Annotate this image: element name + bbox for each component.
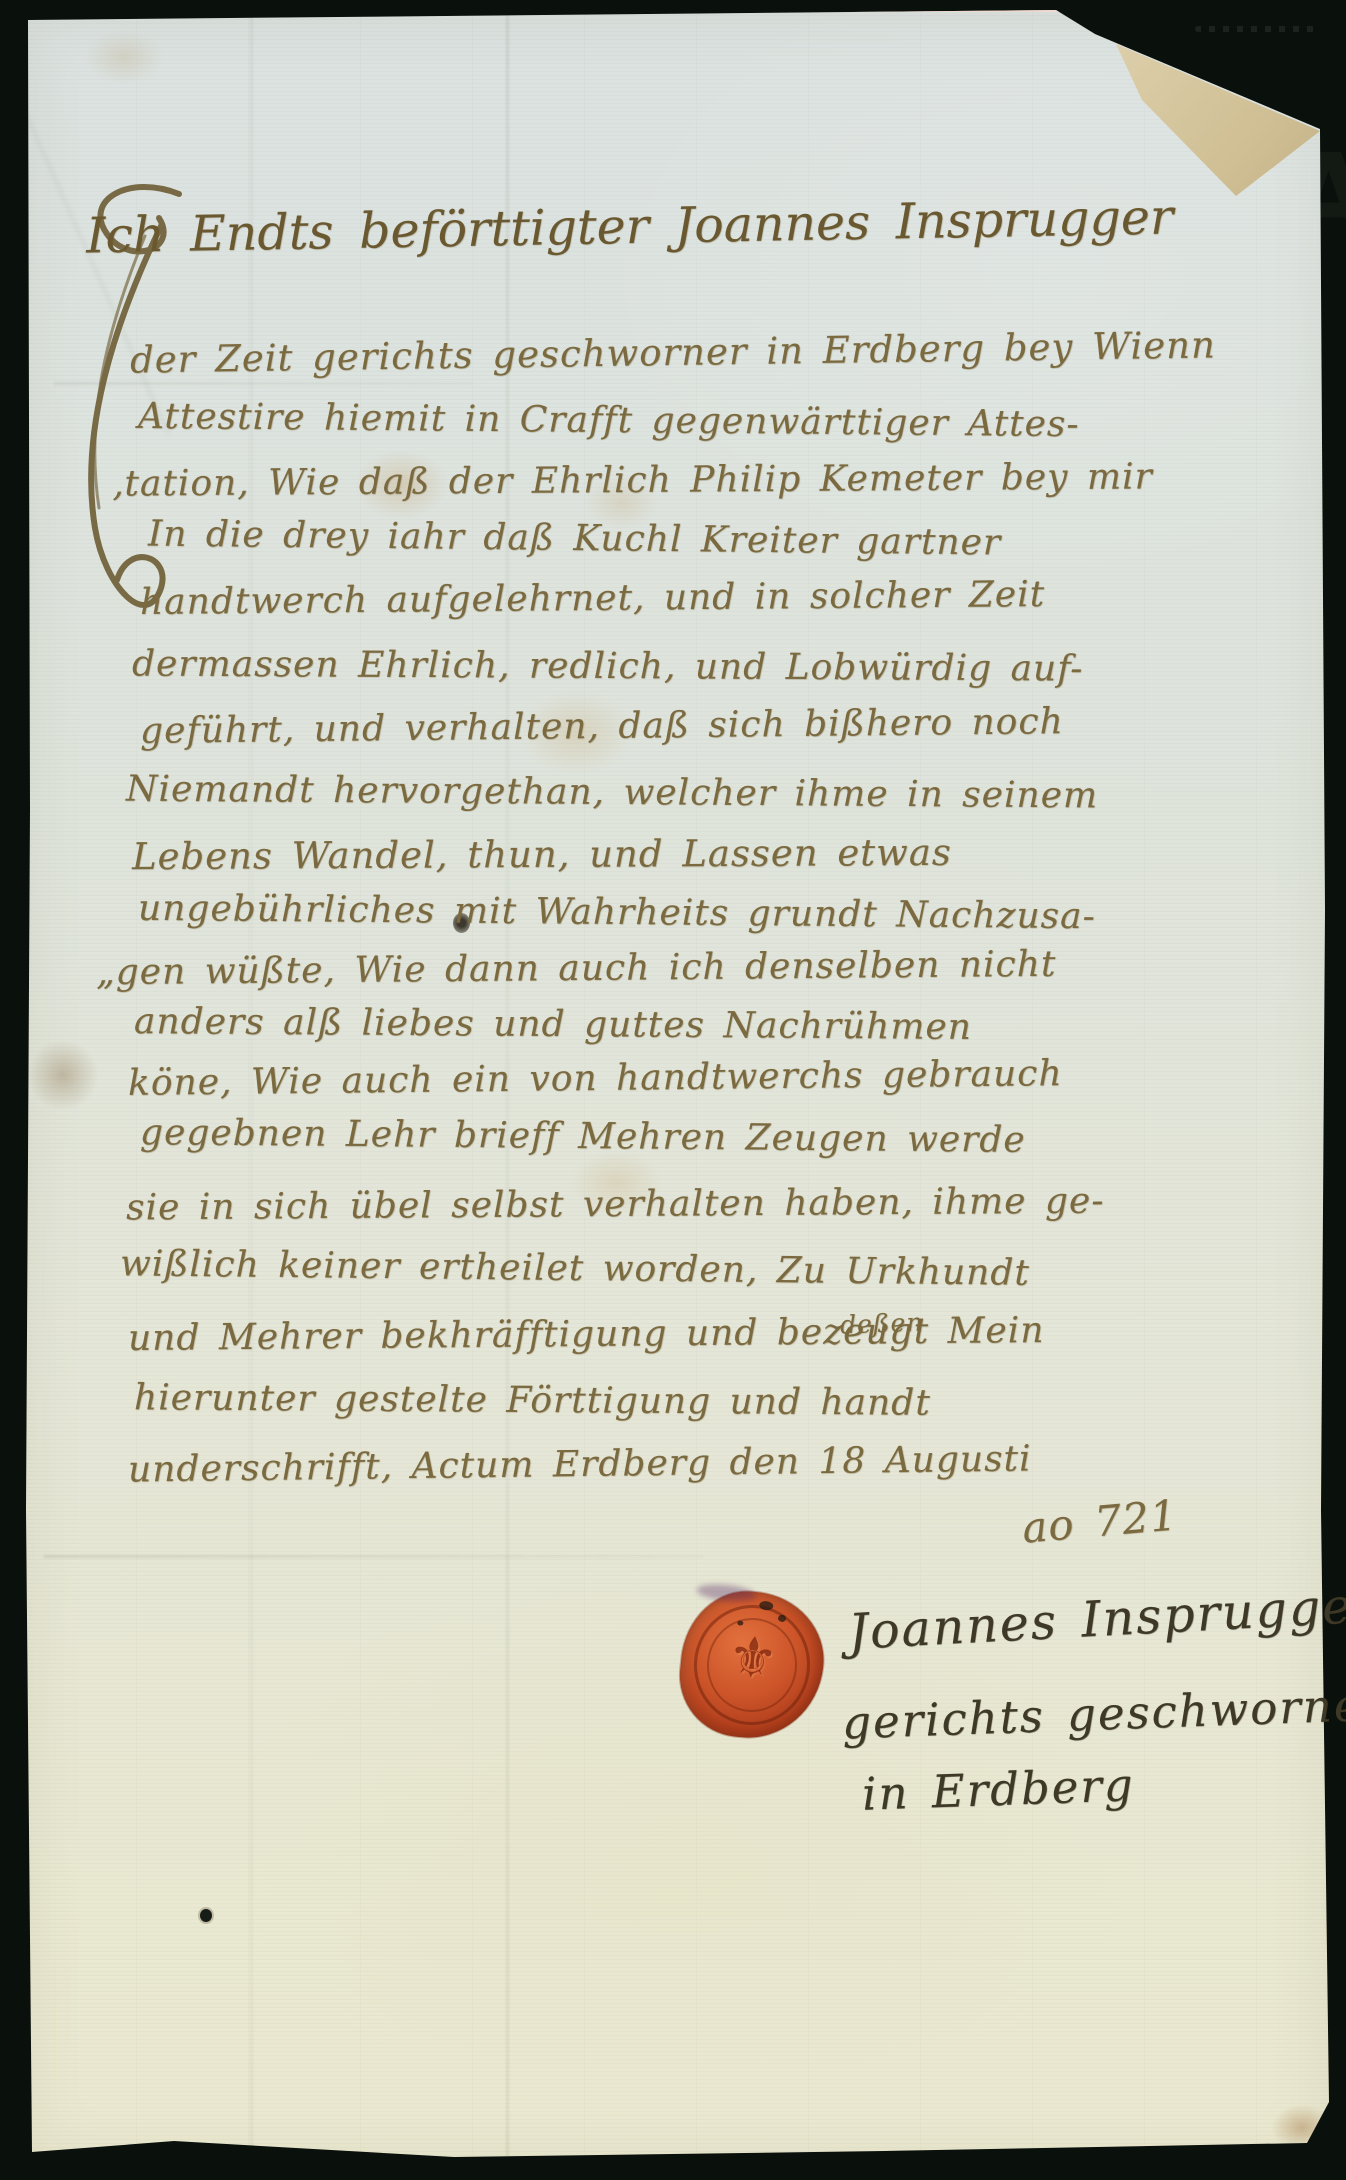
manuscript-line: ‚tation, Wie daß der Ehrlich Philip Keme… — [112, 454, 1153, 506]
manuscript-line: In die drey iahr daß Kuchl Kreiter gartn… — [148, 512, 1002, 566]
seal-speck — [737, 1620, 743, 1626]
manuscript-line: ungebührliches mit Wahrheits grundt Nach… — [138, 886, 1096, 939]
stain — [1272, 2105, 1332, 2150]
manuscript-line: handtwerch aufgelehrnet, und in solcher … — [140, 572, 1045, 625]
stain — [28, 1040, 98, 1110]
stain — [84, 30, 164, 85]
interlinear-insert: deßen — [839, 1307, 923, 1341]
seal-speck — [778, 1614, 787, 1622]
photograph-of-manuscript: A Ich Endts beförttigter Joannes Insprug… — [0, 0, 1346, 2180]
seal-speck — [759, 1600, 774, 1610]
paper-hole — [200, 1909, 212, 1922]
manuscript-line: Niemandt hervorgethan, welcher ihme in s… — [126, 767, 1098, 819]
manuscript-line: dermassen Ehrlich, redlich, und Lobwürdi… — [132, 642, 1084, 692]
manuscript-line: anders alß liebes und guttes Nachrühmen — [134, 999, 972, 1050]
manuscript-line: hierunter gestelte Förttigung und handt — [134, 1375, 931, 1426]
manuscript-line: wißlich keiner ertheilet worden, Zu Urkh… — [120, 1241, 1030, 1296]
fleur-de-lis-icon: ⚜ — [679, 1619, 827, 1698]
horizontal-crease — [44, 1555, 704, 1558]
backdrop-dots — [1195, 26, 1315, 32]
manuscript-line: Lebens Wandel, thun, und Lassen etwas — [132, 830, 952, 881]
manuscript-line: gegebnen Lehr brieff Mehren Zeugen werde — [140, 1110, 1026, 1163]
signature-line: in Erdberg — [861, 1757, 1135, 1823]
manuscript-line: Attestire hiemit in Crafft gegenwärttige… — [138, 394, 1080, 447]
manuscript-line: „gen wüßte, Wie dann auch ich denselben … — [96, 942, 1057, 995]
manuscript-line: sie in sich übel selbst verhalten haben,… — [126, 1179, 1105, 1231]
